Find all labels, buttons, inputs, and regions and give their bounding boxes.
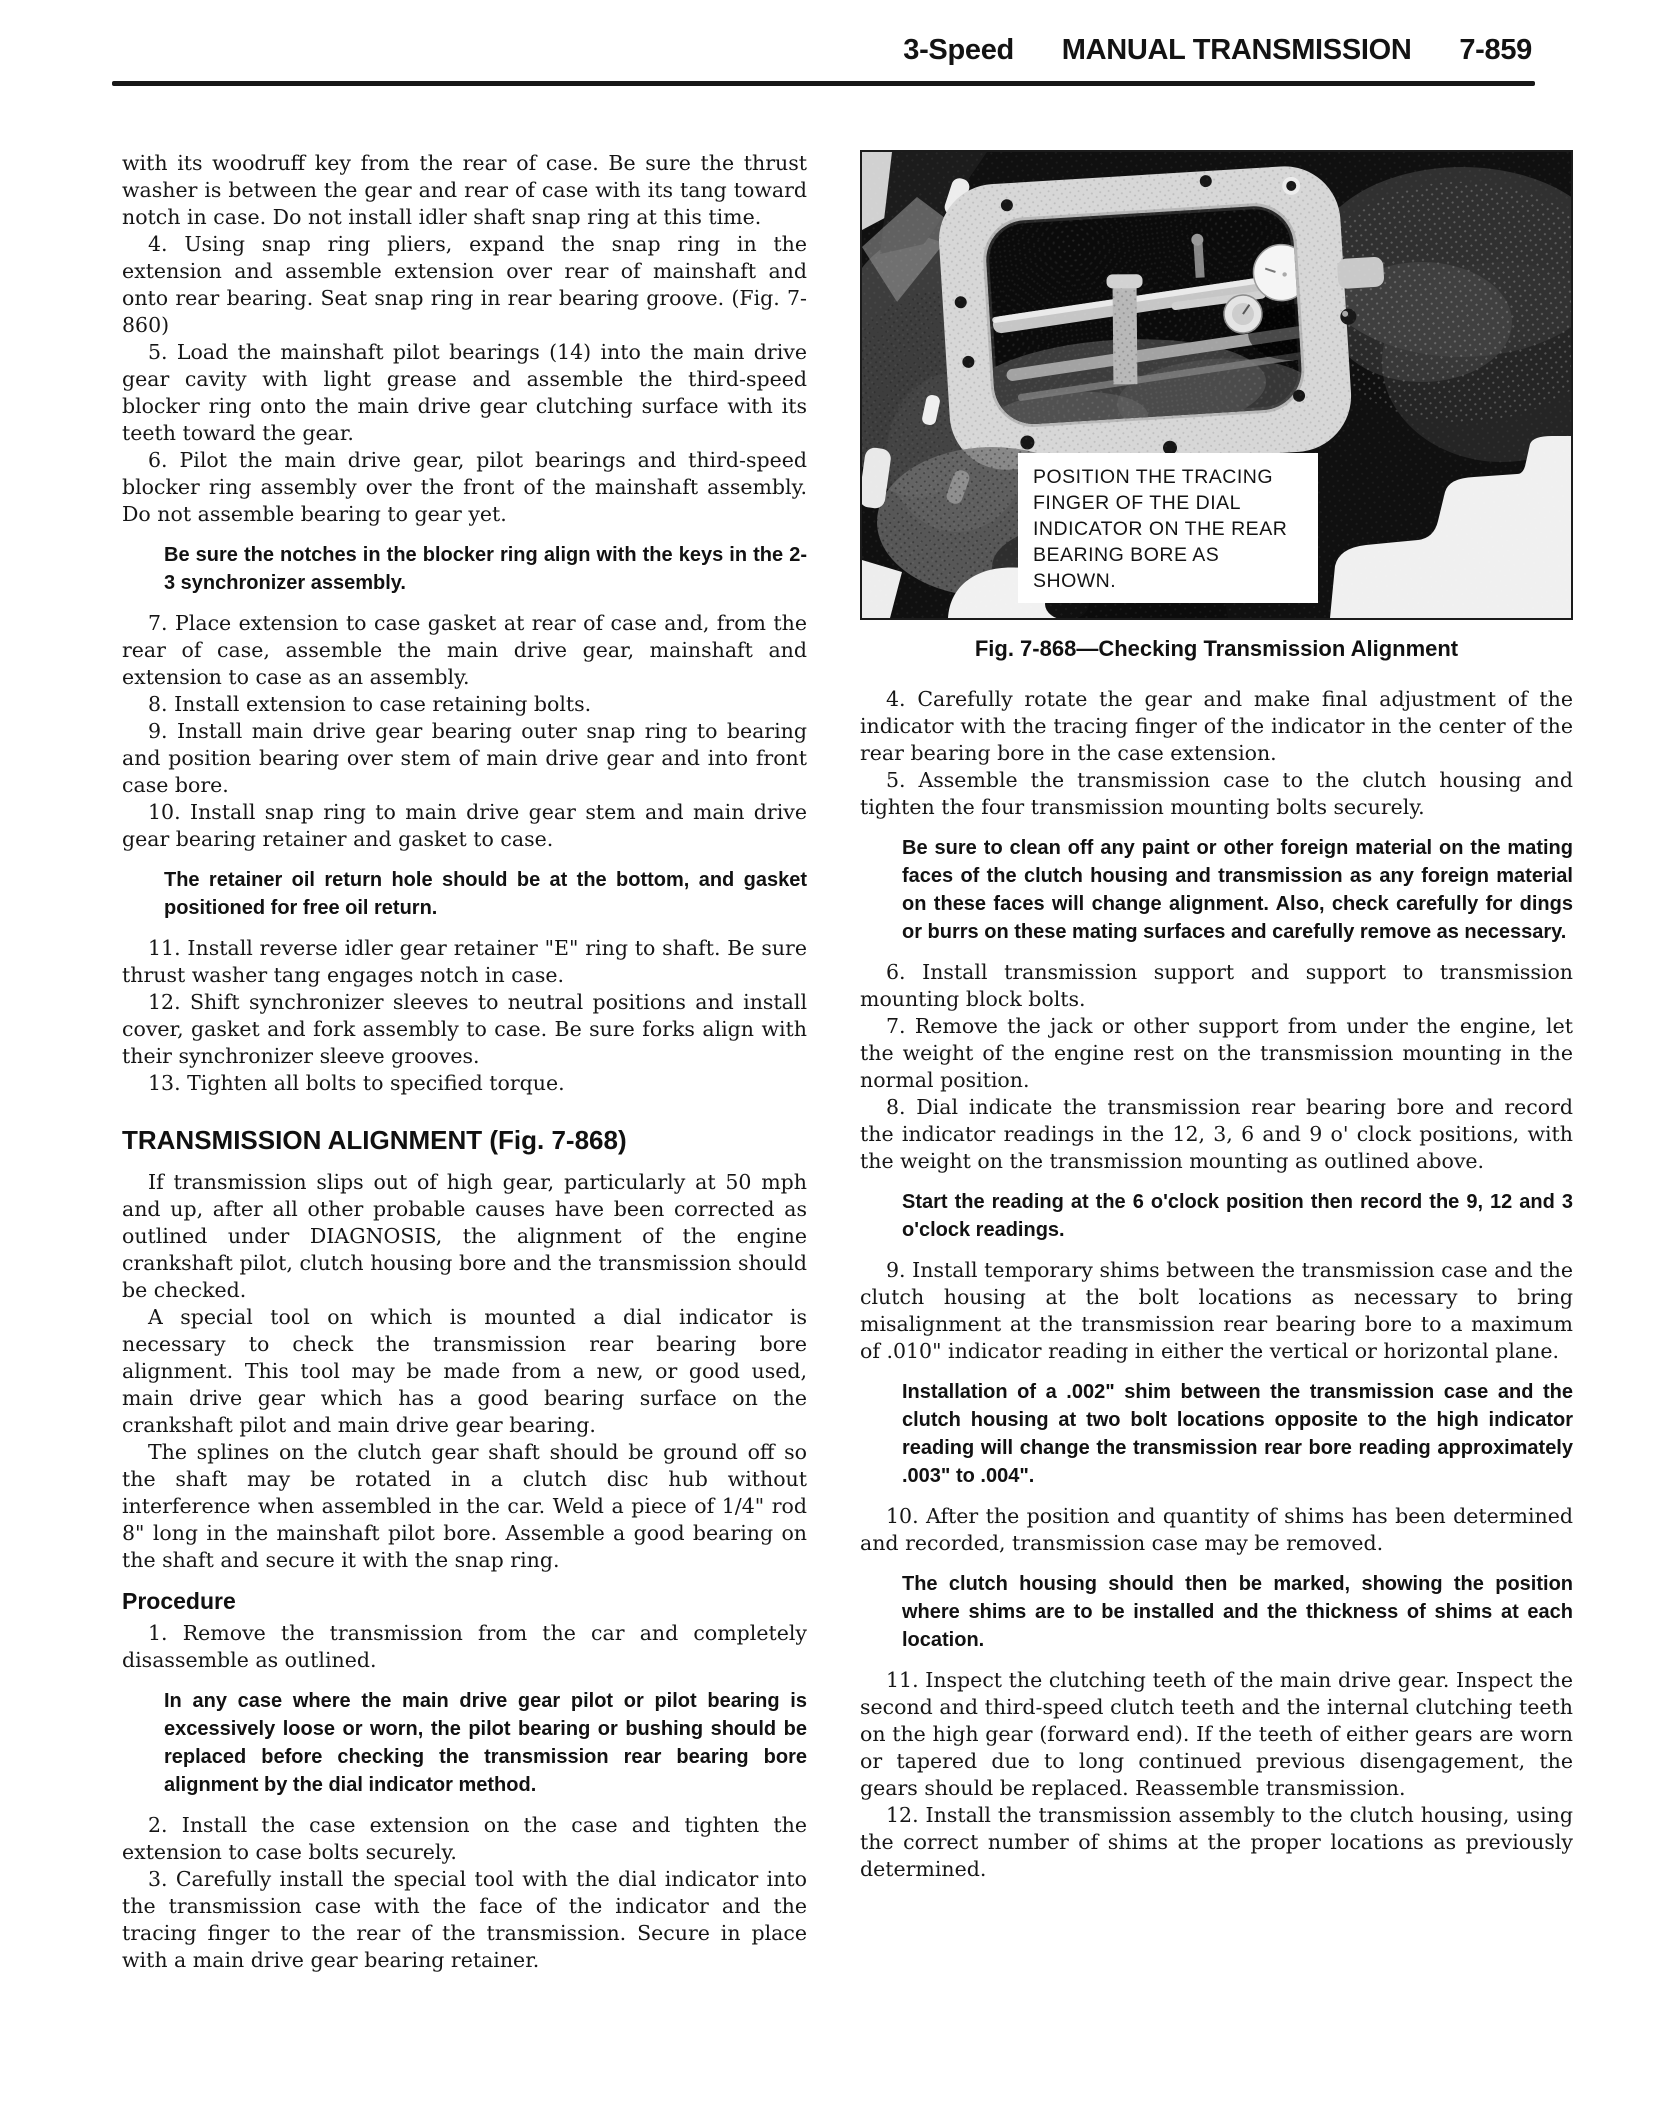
bold-note: Start the reading at the 6 o'clock posit… [902,1188,1573,1244]
procedure-heading: Procedure [122,1588,807,1614]
body-paragraph: with its woodruff key from the rear of c… [122,150,807,231]
body-paragraph: 13. Tighten all bolts to specified torqu… [122,1070,807,1097]
body-paragraph: 9. Install main drive gear bearing outer… [122,718,807,799]
body-paragraph: 12. Install the transmission assembly to… [860,1802,1573,1883]
body-paragraph: 11. Inspect the clutching teeth of the m… [860,1667,1573,1802]
manual-page: 3-Speed MANUAL TRANSMISSION 7-859 with i… [0,0,1658,2106]
page-header: 3-Speed MANUAL TRANSMISSION 7-859 [0,34,1532,67]
bold-note: Be sure the notches in the blocker ring … [164,541,807,597]
body-paragraph: 3. Carefully install the special tool wi… [122,1866,807,1974]
body-paragraph: 10. After the position and quantity of s… [860,1503,1573,1557]
body-paragraph: 2. Install the case extension on the cas… [122,1812,807,1866]
bold-note: In any case where the main drive gear pi… [164,1687,807,1799]
body-paragraph: 8. Install extension to case retaining b… [122,691,807,718]
body-paragraph: 6. Install transmission support and supp… [860,959,1573,1013]
body-paragraph: The splines on the clutch gear shaft sho… [122,1439,807,1574]
bold-note: The clutch housing should then be marked… [902,1570,1573,1654]
body-paragraph: 12. Shift synchronizer sleeves to neutra… [122,989,807,1070]
body-paragraph: 9. Install temporary shims between the t… [860,1257,1573,1365]
figure-7-868: POSITION THE TRACING FINGER OF THE DIAL … [860,150,1573,620]
body-paragraph: 10. Install snap ring to main drive gear… [122,799,807,853]
header-section-label: 3-Speed [903,34,1014,66]
bold-note: Installation of a .002" shim between the… [902,1378,1573,1490]
body-paragraph: 6. Pilot the main drive gear, pilot bear… [122,447,807,528]
header-page-number: 7-859 [1459,34,1532,66]
body-paragraph: 1. Remove the transmission from the car … [122,1620,807,1674]
body-paragraph: 7. Remove the jack or other support from… [860,1013,1573,1094]
bold-note: Be sure to clean off any paint or other … [902,834,1573,946]
right-column: POSITION THE TRACING FINGER OF THE DIAL … [860,150,1573,1883]
figure-caption: Fig. 7-868—Checking Transmission Alignme… [860,636,1573,662]
body-paragraph: 11. Install reverse idler gear retainer … [122,935,807,989]
header-rule [112,81,1535,86]
body-paragraph: 4. Using snap ring pliers, expand the sn… [122,231,807,339]
left-column: with its woodruff key from the rear of c… [122,150,807,1974]
header-title: MANUAL TRANSMISSION [1062,34,1412,66]
body-paragraph: 5. Assemble the transmission case to the… [860,767,1573,821]
figure-overlay-label: POSITION THE TRACING FINGER OF THE DIAL … [1018,453,1318,603]
body-paragraph: If transmission slips out of high gear, … [122,1169,807,1304]
body-paragraph: 7. Place extension to case gasket at rea… [122,610,807,691]
body-paragraph: A special tool on which is mounted a dia… [122,1304,807,1439]
section-heading: TRANSMISSION ALIGNMENT (Fig. 7-868) [122,1125,807,1155]
bold-note: The retainer oil return hole should be a… [164,866,807,922]
body-paragraph: 4. Carefully rotate the gear and make fi… [860,686,1573,767]
body-paragraph: 8. Dial indicate the transmission rear b… [860,1094,1573,1175]
body-paragraph: 5. Load the mainshaft pilot bearings (14… [122,339,807,447]
